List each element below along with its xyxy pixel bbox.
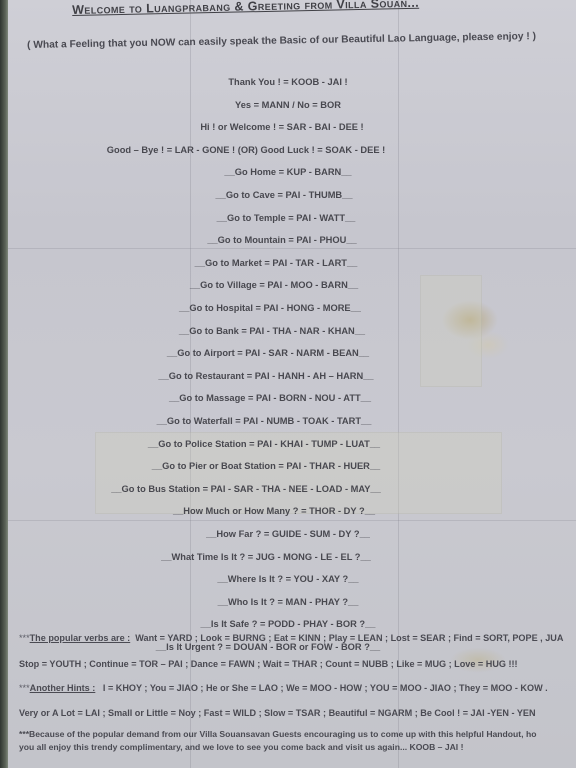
paper-fold [398, 0, 399, 768]
phrase-line: __Go Home = KUP - BARN__ [0, 167, 576, 177]
phrase-line: __Go to Restaurant = PAI - HANH - AH – H… [0, 371, 554, 381]
phrase-line: __Go to Temple = PAI - WATT__ [0, 213, 574, 223]
verbs-line-2: Stop = YOUTH ; Continue = TOR – PAI ; Da… [19, 659, 518, 669]
phrase-line: __Go to Village = PAI - MOO - BARN__ [0, 280, 562, 290]
phrase-line: __Go to Bank = PAI - THA - NAR - KHAN__ [0, 326, 560, 336]
verbs-label: The popular verbs are : [30, 633, 131, 643]
phrase-line: __Go to Waterfall = PAI - NUMB - TOAK - … [0, 416, 552, 426]
phrase-line: Yes = MANN / No = BOR [0, 100, 576, 110]
phrase-line: Hi ! or Welcome ! = SAR - BAI - DEE ! [0, 122, 570, 132]
phrase-line: __Go to Massage = PAI - BORN - NOU - ATT… [0, 393, 558, 403]
closing-line-2: you all enjoy this trendy complimentary,… [19, 742, 463, 752]
hints-line-1: ***Another Hints : I = KHOY ; You = JIAO… [19, 683, 548, 693]
phrase-line: __How Much or How Many ? = THOR - DY ?__ [0, 506, 562, 516]
phrase-line: Thank You ! = KOOB - JAI ! [0, 77, 576, 87]
phrase-line: __Go to Airport = PAI - SAR - NARM - BEA… [0, 348, 556, 358]
phrase-line: __Go to Cave = PAI - THUMB__ [0, 190, 572, 200]
phrase-line: __Go to Bus Station = PAI - SAR - THA - … [0, 484, 534, 494]
phrase-line: __Where Is It ? = YOU - XAY ?__ [0, 574, 576, 584]
phrase-line: __Go to Police Station = PAI - KHAI - TU… [0, 439, 552, 449]
phrase-line: __Go to Hospital = PAI - HONG - MORE__ [0, 303, 558, 313]
paper-fold [190, 0, 191, 768]
phrase-line: __Who Is It ? = MAN - PHAY ?__ [0, 597, 576, 607]
paper-fold [8, 520, 576, 521]
paper-fold [8, 248, 576, 249]
phrase-line: Good – Bye ! = LAR - GONE ! (OR) Good Lu… [0, 145, 534, 155]
hints-label: Another Hints : [30, 683, 96, 693]
closing-line-1: ***Because of the popular demand from ou… [19, 729, 536, 739]
phrase-line: __Go to Market = PAI - TAR - LART__ [0, 258, 564, 268]
phrase-line: __What Time Is It ? = JUG - MONG - LE - … [0, 552, 554, 562]
phrase-line: __Is It Safe ? = PODD - PHAY - BOR ?__ [0, 619, 576, 629]
phrase-line: __Is It Urgent ? = DOUAN - BOR or FOW - … [0, 642, 556, 652]
phrase-line: __Go to Mountain = PAI - PHOU__ [0, 235, 570, 245]
handout-paper [8, 0, 576, 768]
verbs-line-1: ***The popular verbs are : Want = YARD ;… [19, 633, 563, 643]
phrase-line: __How Far ? = GUIDE - SUM - DY ?__ [0, 529, 576, 539]
hints-line-2: Very or A Lot = LAI ; Small or Little = … [19, 708, 536, 718]
phrase-line: __Go to Pier or Boat Station = PAI - THA… [0, 461, 554, 471]
